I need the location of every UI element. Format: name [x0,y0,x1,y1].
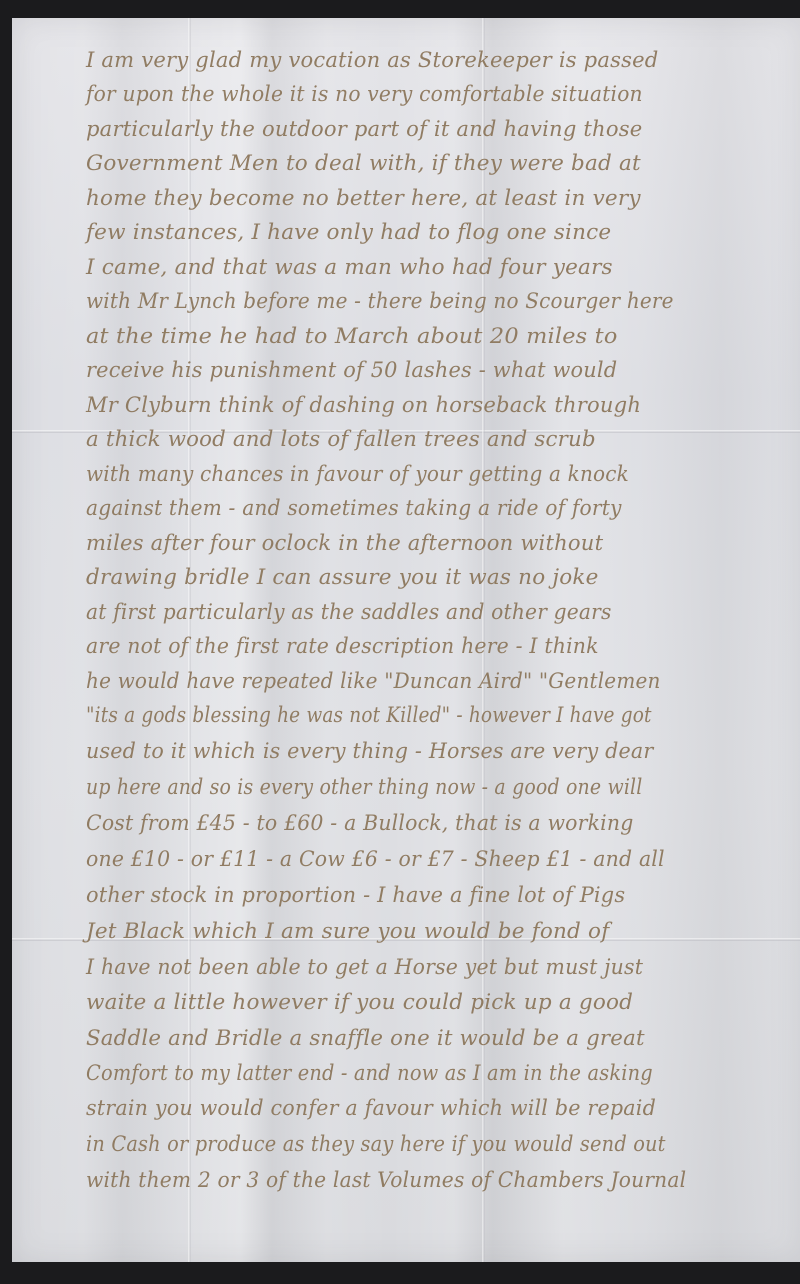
scan-background: I am very glad my vocation as Storekeepe… [0,0,800,1284]
letter-line: other stock in proportion - I have a fin… [86,883,625,908]
letter-line: I came, and that was a man who had four … [86,255,613,280]
letter-page: I am very glad my vocation as Storekeepe… [12,18,800,1262]
letter-line: against them - and sometimes taking a ri… [86,496,622,521]
letter-line: strain you would confer a favour which w… [86,1096,656,1121]
letter-line: drawing bridle I can assure you it was n… [86,565,599,590]
letter-line: with them 2 or 3 of the last Volumes of … [86,1168,686,1193]
letter-line: in Cash or produce as they say here if y… [86,1132,666,1157]
letter-line: home they become no better here, at leas… [86,186,641,211]
letter-line: up here and so is every other thing now … [86,775,643,800]
letter-line: miles after four oclock in the afternoon… [86,531,603,556]
letter-line: receive his punishment of 50 lashes - wh… [86,358,617,383]
letter-line: Cost from £45 - to £60 - a Bullock, that… [86,811,633,836]
letter-line: waite a little however if you could pick… [86,990,633,1015]
letter-line: Jet Black which I am sure you would be f… [86,919,609,944]
letter-line: Saddle and Bridle a snaffle one it would… [86,1026,645,1051]
letter-line: one £10 - or £11 - a Cow £6 - or £7 - Sh… [86,847,665,872]
letter-line: at first particularly as the saddles and… [86,600,612,625]
letter-line: few instances, I have only had to flog o… [86,220,611,245]
letter-line: at the time he had to March about 20 mil… [86,324,618,349]
letter-line: Government Men to deal with, if they wer… [86,151,641,176]
letter-line: are not of the first rate description he… [86,634,599,659]
letter-line: a thick wood and lots of fallen trees an… [86,427,596,452]
letter-line: "its a gods blessing he was not Killed" … [86,703,652,728]
letter-line: Comfort to my latter end - and now as I … [86,1061,653,1086]
letter-line: used to it which is every thing - Horses… [86,739,653,764]
letter-line: for upon the whole it is no very comfort… [86,82,643,107]
letter-line: with Mr Lynch before me - there being no… [86,289,674,314]
letter-line: I am very glad my vocation as Storekeepe… [86,48,658,73]
letter-line: I have not been able to get a Horse yet … [86,955,643,980]
letter-line: with many chances in favour of your gett… [86,462,629,487]
letter-line: particularly the outdoor part of it and … [86,117,642,142]
letter-line: Mr Clyburn think of dashing on horseback… [86,393,641,418]
letter-body: I am very glad my vocation as Storekeepe… [12,18,800,1262]
letter-line: he would have repeated like "Duncan Aird… [86,669,661,694]
